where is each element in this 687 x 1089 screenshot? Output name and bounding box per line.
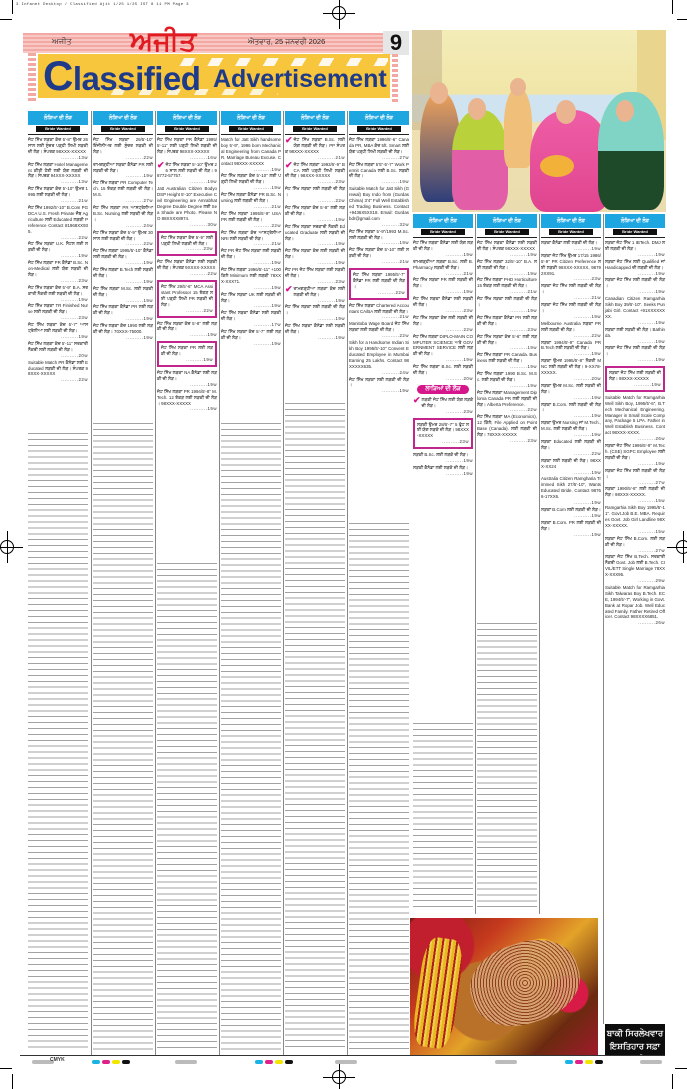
crop-mark bbox=[12, 0, 13, 14]
classified-ad: ਜੱਟ PR ਜੱਟ ਸਿੱਖ ਲੜਕਾ ਲਈ ਲੜਕੀ ਦੀ ਲੋੜ।....… bbox=[285, 267, 345, 285]
ad-text-filler bbox=[477, 620, 537, 910]
registration-mark-icon bbox=[0, 540, 14, 554]
classified-ad: Match for Jatt Sikh handsome boy 5'-9", … bbox=[221, 137, 281, 172]
issue-date: ਐਤਵਾਰ, 25 ਜਨਵਰੀ 2026 bbox=[248, 37, 325, 47]
section-subheader: Bride Wanted bbox=[36, 126, 80, 132]
classified-ad: ਲੜਕਾ ਉਮਰ Nursing ਜਾਂ M.Tech., M.Sc. ਲਈ ਲ… bbox=[541, 420, 601, 438]
registration-mark-icon bbox=[332, 1070, 346, 1084]
classified-ad: ਜੱਟ ਸਿੱਖ ਲੜਕਾ 1996/5'-11" +100 ਕਿਲੇ Mini… bbox=[221, 267, 281, 291]
classified-ad: ਜੱਟ ਸਿੱਖ ਲੜਕਾ ਲਈ ਲੜਕੀ ਦੀ ਲੋੜ।..........1… bbox=[477, 296, 537, 314]
boxed-classified-ad: ਜੱਟ ਸਿੱਖ 29/5'-6" MCA Assistant Professo… bbox=[157, 280, 217, 318]
classified-ad: Suitable Match for Ramgarhia Well Sikh B… bbox=[605, 395, 665, 442]
print-marker bbox=[335, 1060, 357, 1064]
ads-column-2: ਲੋੜਿਆ ਦੀ ਲੋੜ Bride Wanted ਜੱਟ ਸਿੱਖ ਲੜਕਾ … bbox=[93, 111, 153, 342]
classified-ad: ✔ਜੱਟ ਸਿੱਖ ਲੜਕਾ B.Sc. ਲਈ ਯੋਗ ਲੜਕੀ ਦੀ ਲੋੜ।… bbox=[285, 137, 345, 161]
classified-ad: ✔ਰਾਮਗੜ੍ਹੀਆ ਲੜਕਾ ਕੱਦ ਲਈ ਲੜਕੀ ਦੀ ਲੋੜ।.....… bbox=[285, 286, 345, 304]
classified-ad: ਲੜਕਾ ਉਮਰ M.Sc. ਲਈ ਲੜਕੀ ਦੀ ਲੋੜ।..........… bbox=[541, 383, 601, 401]
continued-notice-line1: ਬਾਕੀ ਸਿਰਲੇਖਵਾਰ bbox=[605, 1027, 665, 1040]
registration-mark-icon bbox=[332, 6, 346, 20]
classified-ad: ਜੱਟ ਸਿੱਖ ਲੜਕਾ ਸਰਕਾਰੀ ਨੌਕਰੀ Educated Grad… bbox=[285, 224, 345, 248]
classified-ad: ਜੱਟ ਸਿੱਖ ਲੜਕਾ TR Finished Nurse ਲਈ ਲੜਕੀ … bbox=[28, 303, 88, 321]
column-rule bbox=[477, 237, 537, 238]
groom-wanted-header: ਲਾੜਿਆਂ ਦੀ ਲੋੜ bbox=[417, 385, 469, 394]
classified-ad: ਲੜਕਾ ਜੱਟ ਸਿੱਖ ਲਈ Qualified ਜਾਂ Handicapp… bbox=[605, 259, 665, 277]
decorative-bar bbox=[392, 54, 398, 104]
checkmark-icon: ✔ bbox=[157, 162, 165, 169]
print-slug: 3 Infanet Desktop / Classified Ajit 1/25… bbox=[16, 3, 189, 7]
classified-ad: ਜੱਟ ਸਿੱਖ ਲੜਕਾ ਕੱਦ 1990 ਲਈ ਲੜਕੀ ਦੀ ਲੋੜ। 7… bbox=[93, 323, 153, 341]
classified-ad: ਜੱਟ ਸਿੱਖ ਲੜਕਾ M.Sc. ਲਈ ਲੜਕੀ ਦੀ ਲੋੜ।.....… bbox=[93, 286, 153, 304]
classified-ad: Jatt Australian Citizen Bodyo DSP Height… bbox=[157, 186, 217, 227]
classified-ad: ਜੱਟ ਸਿੱਖ ਲੜਕਾ UK ਲਈ ਲੜਕੀ ਦੀ ਲੋੜ।........… bbox=[221, 292, 281, 310]
section-subheader: Bride Wanted bbox=[421, 229, 465, 235]
section-header: ਲੋੜਿਆ ਦੀ ਲੋੜ bbox=[413, 214, 473, 228]
classified-ad: ਜੱਟ ਸਿੱਖ ਲੜਕਾ ਕੱਦ 5'-8" ਲਈ ਲੜਕੀ ਦੀ ਲੋੜ।.… bbox=[285, 205, 345, 223]
classified-ad: ਲੜਕਾ ਜੱਟ ਸਿੱਖ ਲਈ ਲੜਕੀ ਦੀ ਲੋੜ।..........2… bbox=[541, 283, 601, 301]
ad-text-filler bbox=[349, 520, 409, 1050]
checkmark-icon: ✔ bbox=[413, 397, 421, 404]
classified-ad: ✔ਜੱਟ ਸਿੱਖ ਲੜਕਾ 1993/5'-9" BCA ਲਈ ਪੜ੍ਹੀ ਲ… bbox=[285, 162, 345, 186]
section-subheader: Bride Wanted bbox=[293, 126, 337, 132]
ad-text-filler bbox=[93, 420, 153, 1050]
classified-ad: ਲੜਕੀ B.Sc. ਲਈ ਲੜਕੇ ਦੀ ਲੋੜ।..........19w bbox=[413, 452, 473, 464]
classified-ad: ਜੱਟ ਸਿੱਖ ਲੜਕਾ ਕੱਦ 5'-10" ਲਈ ਪੜ੍ਹੀ ਲਿਖੀ ਲ… bbox=[221, 173, 281, 191]
section-header: ਲੋੜਿਆ ਦੀ ਲੋੜ bbox=[285, 111, 345, 125]
ads-column-7: ਲੋੜਿਆ ਦੀ ਲੋੜ Bride Wanted ਜੱਟ ਸਿੱਖ ਲੜਕਾ … bbox=[413, 214, 473, 478]
print-marker bbox=[175, 1060, 197, 1064]
checkmark-icon: ✔ bbox=[285, 137, 293, 144]
bridal-hands-photo bbox=[410, 918, 598, 1056]
column-divider bbox=[155, 111, 156, 1056]
classified-ad: ਜੱਟ ਸਿੱਖ ਲੜਕਾ U.K. ਸੈਟਲ ਲਈ ਲੜਕੀ ਦੀ ਲੋੜ।.… bbox=[28, 241, 88, 259]
checkmark-icon: ✔ bbox=[285, 286, 293, 293]
classified-ad: ਜੱਟ ਸਿੱਖ ਲੜਕਾ B.Sc. ਲਈ ਲੜਕੀ ਦੀ ਲੋੜ।.....… bbox=[413, 364, 473, 382]
color-bar bbox=[92, 1060, 130, 1064]
classified-ad: ਲੜਕਾ 1990/5'-8" ਲਈ ਲੜਕੀ ਦੀ ਲੋੜ। 98XXX-XX… bbox=[605, 486, 665, 504]
classified-ad: ਜੱਟ ਸਿੱਖ ਲੜਕਾ 5'-9"/1993 M.Sc. ਲਈ ਲੜਕੀ ਦ… bbox=[349, 229, 409, 247]
print-marker bbox=[495, 1060, 517, 1064]
ads-column-9: ਲੋੜਿਆ ਦੀ ਲੋੜ Bride Wanted ਲੜਕਾ ਕੈਨੇਡਾ ਲਈ… bbox=[541, 214, 601, 539]
classified-ad: ਜੱਟ ਸਿੱਖ ਲੜਕਾ ਕੈਨੇਡਾ ਲਈ ਲੜਕੀ ਦੀ ਲੋੜ। ਸੰਪ… bbox=[477, 240, 537, 258]
classified-ad: ਲੜਕਾ 1994/5'-9" Canada PR B.Tech ਲਈ ਲੜਕੀ… bbox=[541, 340, 601, 358]
color-bar bbox=[255, 1060, 293, 1064]
crop-mark bbox=[677, 19, 687, 20]
crop-mark bbox=[0, 1068, 12, 1069]
section-header: ਲੋੜਿਆ ਦੀ ਲੋੜ bbox=[477, 214, 537, 228]
masthead-strip bbox=[23, 33, 383, 53]
crop-mark bbox=[672, 0, 673, 14]
classified-ad: ਰਾਮਗੜ੍ਹੀਆ ਲੜਕਾ B.Sc. ਲਈ B.Pharmacy ਲੜਕੀ … bbox=[413, 259, 473, 277]
classified-ad: ਜੱਟ ਸਿੱਖ ਲੜਕਾ PR Canada. Business ਲਈ ਲੜਕ… bbox=[477, 352, 537, 370]
mehndi-hand-graphic bbox=[460, 928, 589, 1038]
classified-ad: ਜੱਟ ਸਿੱਖ ਲੜਕਾ MA (Economics), 12 ਕਿੱਲੇ, … bbox=[477, 414, 537, 444]
classified-ad: ਲੜਕਾ ਜੱਟ ਸਿੱਖ ਉਮਰ 17/15 1986/5'-9" PR Ci… bbox=[541, 253, 601, 283]
illustration-punjabi-women bbox=[412, 30, 666, 212]
classified-ad: ਜੱਟ ਸਿੱਖ ਲੜਕਾ PR ਕੈਨੇਡਾ B.Sc. Non-Medica… bbox=[28, 260, 88, 284]
crop-mark bbox=[672, 1074, 673, 1089]
classified-ad: ਲੜਕਾ ਕੈਨੇਡਾ ਲਈ ਲੜਕੀ ਦੀ ਲੋੜ।..........19w bbox=[541, 240, 601, 252]
crop-mark bbox=[12, 1074, 13, 1089]
classified-ad: ਜੱਟ ਸਿੱਖ ਲੜਕਾ PR ਕੈਨੇਡਾ 1995/5'-11" ਲਈ ਪ… bbox=[157, 137, 217, 161]
registration-mark-icon bbox=[676, 540, 687, 554]
classified-ad: ਲੜਕਾ ਜੱਟ ਸਿੱਖ ਲਈ ਲੜਕੀ ਦੀ ਲੋੜ।..........1… bbox=[541, 302, 601, 320]
classified-ad: ਜੱਟ ਸਿੱਖ ਲੜਕਾ DIPLO-MAIN COMPUTER SCIENC… bbox=[413, 334, 473, 364]
column-divider bbox=[347, 111, 348, 1056]
classified-ad: ਜੱਟ ਸਿੱਖ ਲੜਕਾ PHD Horticulture 15 ਏਕੜ ਲਈ… bbox=[477, 277, 537, 295]
classified-ad: ਜੱਟ ਸਿੱਖ ਲੜਕਾ 5'5"-5'-7" Work Permit Can… bbox=[349, 162, 409, 186]
classified-ad: Suitable Match for Ramgarhia Sikh Talwar… bbox=[605, 585, 665, 626]
classified-ad: ਜੱਟ ਸਿੱਖ ਲੜਕਾ 1990 B.Sc. M.Sc. ਲਈ ਲੜਕੀ ਦ… bbox=[477, 371, 537, 389]
column-divider bbox=[219, 111, 220, 1056]
checkmark-icon: ✔ bbox=[285, 162, 293, 169]
ad-text-filler bbox=[221, 420, 281, 1050]
boxed-classified-ad: ਜੱਟ ਸਿੱਖ ਲੜਕਾ PR ਲਈ ਲੜਕੀ ਦੀ ਲੋੜ।........… bbox=[157, 341, 217, 367]
color-bar bbox=[565, 1060, 603, 1064]
classified-ad: ਜੱਟ ਸਿੱਖ ਲੜਕਾ ਕੱਦ 5'-8" ਉਮਰ 26 ਸਾਲ ਲਈ ਸੁ… bbox=[28, 137, 88, 161]
classified-ad: ਜੱਟ ਸਿੱਖ ਲੜਕਾ ਕੱਦ ਆਸਟ੍ਰੇਲੀਆ NRI ਲਈ ਲੜਕੀ … bbox=[221, 230, 281, 248]
section-subheader: Bride Wanted bbox=[613, 229, 657, 235]
classified-ad: ਜੱਟ ਸਿੱਖ ਲੜਕਾ ਕੱਦ 5'-10" ਉਮਰ 1995 ਲਈ ਲੜਕ… bbox=[28, 186, 88, 204]
classified-ad: ਜੱਟ ਸਿੱਖ ਲੜਕਾ ਲਈ ਲੜਕੀ ਦੀ ਲੋੜ।..........1… bbox=[285, 304, 345, 322]
column-rule bbox=[28, 134, 88, 135]
classified-ad: ਜੱਟ ਸਿੱਖ ਲੜਕਾ 1995/5'-9" USA PR ਲਈ ਲੜਕੀ … bbox=[221, 211, 281, 229]
classified-ad: ਜੱਟ ਸਿੱਖ ਲੜਕਾ ਕੱਦ 5'-8" ਲਈ ਲੜਕੀ ਦੀ ਲੋੜ।.… bbox=[157, 321, 217, 339]
crop-mark bbox=[675, 1068, 687, 1069]
classified-ad: Canadian Citizen Ramgarhia Sikh Boy 39/5… bbox=[605, 296, 665, 326]
classified-ad: ਜੱਟ ਸਿੱਖ ਲੜਕਾ ਕੱਦ ਲਈ ਲੜਕੀ ਦੀ ਲੋੜ।.......… bbox=[413, 315, 473, 333]
section-subheader: Bride Wanted bbox=[357, 126, 401, 132]
classified-ad: ਜੱਟ ਸਿੱਖ ਲੜਕਾ Management Diploma Canada … bbox=[477, 390, 537, 414]
section-header: ਲੋੜਿਆ ਦੀ ਲੋੜ bbox=[349, 111, 409, 125]
classified-ad: ਜੱਟ ਸਿੱਖ ਲੜਕਾ PR Computer Tech. 15 ਏਕੜ ਲ… bbox=[93, 180, 153, 204]
classified-ad: ਲੜਕਾ ਉਮਰ 1995/5'-8" ਨੌਕਰੀ MNC ਲਈ ਲੜਕੀ ਦੀ… bbox=[541, 358, 601, 382]
classified-ad: Manitoba Wage Board ਜੱਟ ਸਿੱਖ ਲੜਕਾ ਲਈ ਲੜਕ… bbox=[349, 321, 409, 339]
section-subheader: Bride Wanted bbox=[101, 126, 145, 132]
classified-ad: ਲੜਕਾ ਲਈ ਲੜਕੀ ਦੀ ਲੋੜ। Bathinda...........… bbox=[605, 327, 665, 345]
classified-ad: ਲੜਕਾ ਲਈ ਲੜਕੀ ਦੀ ਲੋੜ। 98XXX-XX24.........… bbox=[541, 458, 601, 476]
ad-text-filler bbox=[413, 720, 473, 910]
classified-banner: Classified Advertisement bbox=[38, 54, 390, 98]
classified-ad: ਜੱਟ ਸਿੱਖ ਲੜਕਾ 1996/5'-6" Canada PR, MBA … bbox=[349, 137, 409, 161]
classified-ad: ਜੱਟ ਸਿੱਖ ਲੜਕਾ ਲਈ ਲੜਕੀ ਦੀ ਲੋੜ।..........2… bbox=[285, 186, 345, 204]
column-rule bbox=[541, 237, 601, 238]
classified-ad: ਜੱਟ ਸਿੱਖ ਲੜਕਾ PR 1994/5'-8" M.Tech. 12 ਏ… bbox=[157, 389, 217, 413]
classified-ad: ਜੱਟ ਸਿੱਖ ਲੜਕਾ ਕੈਨੇਡਾ ਲਈ ਲੜਕੀ ਦੀ ਲੋੜ।....… bbox=[285, 323, 345, 341]
ads-column-6: ਲੋੜਿਆ ਦੀ ਲੋੜ Bride Wanted ਜੱਟ ਸਿੱਖ ਲੜਕਾ … bbox=[349, 111, 409, 395]
classified-ad: ਜੱਟ ਸਿੱਖ ਲੜਕਾ NA ਕੈਨੇਡਾ ਲਈ ਲੜਕੀ ਦੀ ਲੋੜ।.… bbox=[157, 370, 217, 388]
cmyk-label: CMYK bbox=[50, 1057, 65, 1063]
classified-ad: ਜੱਟ ਸਿੱਖ ਲੜਕਾ ਕੈਨੇਡਾ ਲਈ ਲੜਕੀ ਦੀ ਲੋੜ।....… bbox=[221, 310, 281, 328]
classified-ad: Suitable Match for Jatt Sikh (Grewal) Bo… bbox=[349, 186, 409, 227]
classified-ad: ਲੜਕਾ ਜੱਟ ਸਿੱਖ B.Tech. ਸਰਕਾਰੀ ਨੌਕਰੀ Govt.… bbox=[605, 554, 665, 584]
classified-ad: ਜੱਟ ਸਿੱਖ ਲੜਕਾ Hotel Management ਕੀਤੀ ਹੋਈ … bbox=[28, 162, 88, 186]
column-rule bbox=[221, 134, 281, 135]
continued-notice-box: ਬਾਕੀ ਸਿਰਲੇਖਵਾਰ ਇਸ਼ਤਿਹਾਰ ਸਫ਼ਾ 10 'ਤੇ bbox=[605, 1024, 665, 1056]
ads-column-4: ਲੋੜਿਆ ਦੀ ਲੋੜ Bride Wanted Match for Jatt… bbox=[221, 111, 281, 348]
ads-column-5: ਲੋੜਿਆ ਦੀ ਲੋੜ Bride Wanted ✔ਜੱਟ ਸਿੱਖ ਲੜਕਾ… bbox=[285, 111, 345, 342]
classified-ad: Melbourne Australia ਲੜਕਾ PR ਲਈ ਲੜਕੀ ਦੀ ਲ… bbox=[541, 321, 601, 339]
column-rule bbox=[605, 237, 665, 238]
classified-ad: ਲੜਕਾ B.Com ਲਈ ਲੜਕੀ ਦੀ ਲੋੜ।..........19w bbox=[541, 507, 601, 519]
boxed-classified-ad: ਜੱਟ ਸਿੱਖ ਲੜਕਾ 1995/5'-7" ਕੈਨੇਡਾ PR ਲਈ ਲੜ… bbox=[349, 268, 409, 300]
classified-ad: ਜੱਟ ਸਿੱਖ ਲੜਕਾ PR ਆਸਟ੍ਰੇਲੀਆ B.Sc. Nursing… bbox=[93, 205, 153, 229]
column-divider bbox=[283, 111, 284, 1056]
bottom-rule bbox=[20, 1055, 665, 1056]
classified-ad: ਜੱਟ ਸਿੱਖ ਲੜਕਾ ਕੈਨੇਡਾ ਲਈ ਲੜਕੀ ਦੀ ਲੋੜ। ਸੰਪ… bbox=[157, 259, 217, 277]
classified-ad: Australia Citizen Ramgharia Trimmed Sikh… bbox=[541, 476, 601, 506]
classified-ad: ਜੱਟ ਸਿੱਖ ਲੜਕਾ ਕੈਨੇਡਾ PR ਲਈ ਲੜਕੀ ਦੀ ਲੋੜ।.… bbox=[477, 315, 537, 333]
classified-ad: ਲੜਕਾ ਜੱਟ ਸਿੱਖ 1 IBTech. DMJ ਲਈ ਲੜਕੀ ਦੀ ਲ… bbox=[605, 240, 665, 258]
section-header: ਲੋੜਿਆ ਦੀ ਲੋੜ bbox=[93, 111, 153, 125]
classified-ad: ਜੱਟ ਸਿੱਖ ਲੜਕਾ B.Tech ਲਈ ਲੜਕੀ ਦੀ ਲੋੜ।....… bbox=[93, 267, 153, 285]
classified-ad: ਲੜਕਾ Educated ਲਈ ਲੜਕੀ ਦੀ ਲੋੜ।..........2… bbox=[541, 439, 601, 457]
column-divider bbox=[91, 111, 92, 1056]
bangles-graphic bbox=[411, 936, 466, 1050]
section-subheader: Bride Wanted bbox=[549, 229, 593, 235]
ad-text-filler bbox=[28, 430, 88, 1050]
ads-column-3: ਲੋੜਿਆ ਦੀ ਲੋੜ Bride Wanted ਜੱਟ ਸਿੱਖ ਲੜਕਾ … bbox=[157, 111, 217, 413]
column-rule bbox=[349, 134, 409, 135]
classified-ad: ਲੜਕਾ ਜੱਟ ਸਿੱਖ ਲਈ ਲੜਕੀ ਦੀ ਲੋੜ।..........1… bbox=[605, 345, 665, 363]
column-rule bbox=[93, 134, 153, 135]
boxed-classified-ad: ਜੱਟ ਸਿੱਖ ਲੜਕਾ ਕੱਦ 5'-9" ਲਈ ਪੜ੍ਹੀ ਲਿਖੀ ਲੜ… bbox=[157, 231, 217, 257]
column-rule bbox=[413, 237, 473, 238]
banner-title-advertisement: Advertisement bbox=[213, 64, 387, 94]
section-subheader: Bride Wanted bbox=[229, 126, 273, 132]
section-header: ਲੋੜਿਆ ਦੀ ਲੋੜ bbox=[605, 214, 665, 228]
classified-ad: ✔ਲੜਕੀ ਜੱਟ ਸਿੱਖ ਲਈ ਯੋਗ ਲੜਕੇ ਦੀ ਲੋੜ।......… bbox=[413, 397, 473, 415]
column-divider bbox=[539, 214, 540, 914]
ads-column-1: ਲੋੜਿਆ ਦੀ ਲੋੜ Bride Wanted ਜੱਟ ਸਿੱਖ ਲੜਕਾ … bbox=[28, 111, 88, 384]
boxed-classified-ad: ਲੜਕਾ ਜੱਟ ਸਿੱਖ ਲਈ ਲੜਕੀ ਦੀ ਲੋੜ। 98XXX-XXXX… bbox=[605, 366, 665, 392]
ads-column-8: ਲੋੜਿਆ ਦੀ ਲੋੜ Bride Wanted ਜੱਟ ਸਿੱਖ ਲੜਕਾ … bbox=[477, 214, 537, 445]
classified-ad: ਜੱਟ ਸਿੱਖ ਲੜਕਾ ਲਈ ਲੜਕੀ ਦੀ ਲੋੜ।..........1… bbox=[349, 377, 409, 395]
classified-ad: ਜੱਟ ਸਿੱਖ ਲੜਕਾ ਕੱਦ 5'-6" ਲਈ ਲੜਕੀ ਦੀ ਲੋੜ।.… bbox=[477, 334, 537, 352]
classified-ad: ਜੱਟ ਸਿੱਖ ਲੜਕਾ ਕੈਨੇਡਾ PR B.Sc. Nursing ਲਈ… bbox=[221, 192, 281, 210]
section-subheader: Bride Wanted bbox=[485, 229, 529, 235]
print-marker bbox=[640, 1060, 662, 1064]
classified-ad: ਜੱਟ ਸਿੱਖ ਲੜਕਾ ਕੱਦ 5'-9" ਉਮਰ 30 ਸਾਲ ਲਈ ਲੜ… bbox=[93, 230, 153, 248]
classified-ad: Suitable Match PR ਕੈਨੇਡਾ ਲਈ Educated ਲੜਕ… bbox=[28, 360, 88, 384]
column-rule bbox=[285, 134, 345, 135]
classified-ad: ਲੜਕਾ B.Com. PR ਲਈ ਲੜਕੀ ਦੀ ਲੋੜ।..........… bbox=[541, 520, 601, 538]
classified-ad: ਜੱਟ ਸਿੱਖ ਲੜਕਾ Chartered Accountant CA/BA… bbox=[349, 303, 409, 321]
classified-ad: ਜੱਟ ਸਿੱਖ ਲੜਕਾ 32/5'-10" B.A. ਲਈ ਲੜਕੀ ਦੀ … bbox=[477, 259, 537, 277]
classified-ad: ਜੱਟ ਸਿੱਖ ਲੜਕਾ ਕੈਨੇਡਾ ਲਈ ਯੋਗ ਲੜਕੀ ਦੀ ਲੋੜ।… bbox=[413, 240, 473, 258]
ad-text-filler bbox=[285, 400, 345, 1050]
crop-mark bbox=[0, 19, 12, 20]
column-divider bbox=[603, 214, 604, 1024]
classified-ad: ਲੜਕਾ ਜੱਟ ਸਿੱਖ ਲਈ ਲੜਕੀ ਦੀ ਲੋੜ।..........1… bbox=[605, 277, 665, 295]
classified-ad: ਜੱਟ PR ਜੱਟ ਸਿੱਖ ਲੜਕਾ ਲਈ ਲੜਕੀ ਦੀ ਲੋੜ।....… bbox=[221, 248, 281, 266]
classified-ad: ਲੜਕਾ ਜੱਟ ਸਿੱਖ ਲਈ ਲੜਕੀ ਦੀ ਲੋੜ।..........2… bbox=[605, 468, 665, 486]
classified-ad: ਜੱਟ ਸਿੱਖ ਲੜਕਾ ਕੱਦ 5'-10" ਲਈ ਲੜਕੀ ਦੀ ਲੋੜ।… bbox=[349, 247, 409, 265]
classified-ad: ਜੱਟ ਸਿੱਖ ਲੜਕਾ ਕੱਦ 5'-11" ਸਰਕਾਰੀ ਨੌਕਰੀ ਲਈ… bbox=[28, 341, 88, 359]
classified-ad: Sikh for a Handsome Indian Sikh Boy 1995… bbox=[349, 340, 409, 375]
section-header: ਲੋੜਿਆ ਦੀ ਲੋੜ bbox=[28, 111, 88, 125]
classified-ad: ਜੱਟ ਸਿੱਖ ਲੜਕਾ ਕੱਦ 5'-9" B.A. ਸਰਕਾਰੀ ਨੌਕਰ… bbox=[28, 285, 88, 303]
classified-ad: ਲੜਕਾ B.Com. ਲਈ ਲੜਕੀ ਦੀ ਲੋੜ।..........19w bbox=[541, 402, 601, 420]
classified-ad: ਜੱਟ ਸਿੱਖ ਲੜਕਾ 29/5'-10" ਇੰਜੀਨੀਅਰ ਲਈ ਸੁੰਦ… bbox=[93, 137, 153, 161]
ads-column-10: ਲੋੜਿਆ ਦੀ ਲੋੜ Bride Wanted ਲੜਕਾ ਜੱਟ ਸਿੱਖ … bbox=[605, 214, 665, 627]
ad-text-filler bbox=[157, 560, 217, 1050]
section-header: ਲੋੜਿਆ ਦੀ ਲੋੜ bbox=[541, 214, 601, 228]
classified-ad: ਜੱਟ ਸਿੱਖ ਲੜਕਾ ਕੱਦ ਲਈ ਲੜਕੀ ਦੀ ਲੋੜ।.......… bbox=[285, 248, 345, 266]
classified-ad: ਲੜਕੀ ਕੈਨੇਡਾ ਲਈ ਲੜਕੇ ਦੀ ਲੋੜ।..........19w bbox=[413, 465, 473, 477]
column-rule bbox=[157, 134, 217, 135]
classified-ad: ਰਾਮਗੜ੍ਹੀਆ ਲੜਕਾ ਕੈਨੇਡਾ PR ਲਈ ਲੜਕੀ ਦੀ ਲੋੜ।… bbox=[93, 162, 153, 180]
classified-ad: ✔ਜੱਟ ਸਿੱਖ ਲੜਕਾ 5'-10" ਉਮਰ 26 ਸਾਲ ਲਈ ਲੜਕੀ… bbox=[157, 162, 217, 186]
page-number: 9 bbox=[383, 31, 409, 55]
section-header: ਲੋੜਿਆ ਦੀ ਲੋੜ bbox=[157, 111, 217, 125]
boxed-classified-ad: ਲੜਕੀ ਉਮਰ 28/5'-7" 5 ਫੁੱਟ ਲਈ ਯੋਗ ਲੜਕੇ ਦੀ … bbox=[413, 418, 473, 450]
classified-ad: ਜੱਟ ਸਿੱਖ ਲੜਕਾ ਕੈਨੇਡਾ PR ਲਈ ਲੜਕੀ ਦੀ ਲੋੜ।.… bbox=[93, 304, 153, 322]
classified-ad: ਜੱਟ ਸਿੱਖ 1992/5'-10" B.Com PGDCA U.S. Fr… bbox=[28, 205, 88, 240]
paper-logo: ਅਜੀਤ bbox=[130, 28, 196, 55]
classified-ad: ਲੜਕਾ ਜੱਟ ਸਿੱਖ 1995/5'-9" M.Tech. (CSE) S… bbox=[605, 443, 665, 467]
classified-ad: ਜੱਟ ਸਿੱਖ ਲੜਕਾ PR ਲਈ ਲੜਕੀ ਦੀ ਲੋੜ।........… bbox=[413, 277, 473, 295]
classified-ad: ਜੱਟ ਸਿੱਖ ਲੜਕਾ ਕੱਦ 5'-7" ਆਸਟ੍ਰੇਲੀਆ ਲਈ ਲੜਕ… bbox=[28, 322, 88, 340]
classified-ad: Ramgarhia Sikh Boy 1995/5'-11". Govt.Job… bbox=[605, 505, 665, 535]
classified-ad: ਲੜਕਾ ਜੱਟ ਸਿੱਖ B.Com. ਲਈ ਲੜਕੀ ਦੀ ਲੋੜ।....… bbox=[605, 536, 665, 554]
section-subheader: Bride Wanted bbox=[165, 126, 209, 132]
banner-title-classified: Classified bbox=[43, 56, 200, 98]
column-divider bbox=[475, 214, 476, 914]
paper-name-small: ਅਜੀਤ bbox=[52, 37, 72, 47]
decorative-bar bbox=[28, 53, 36, 103]
classified-ad: ਜੱਟ ਸਿੱਖ ਲੜਕਾ ਕੱਦ 5'-7" ਲਈ ਲੜਕੀ ਦੀ ਲੋੜ।.… bbox=[221, 329, 281, 347]
classified-ad: ਜੱਟ ਸਿੱਖ ਲੜਕਾ 1995/5'-10" ਕੈਨੇਡਾ ਲਈ ਲੜਕੀ… bbox=[93, 248, 153, 266]
classified-ad: ਜੱਟ ਸਿੱਖ ਲੜਕਾ ਕੈਨੇਡਾ ਲਈ ਲੜਕੀ ਦੀ ਲੋੜ।....… bbox=[413, 296, 473, 314]
section-header: ਲੋੜਿਆ ਦੀ ਲੋੜ bbox=[221, 111, 281, 125]
